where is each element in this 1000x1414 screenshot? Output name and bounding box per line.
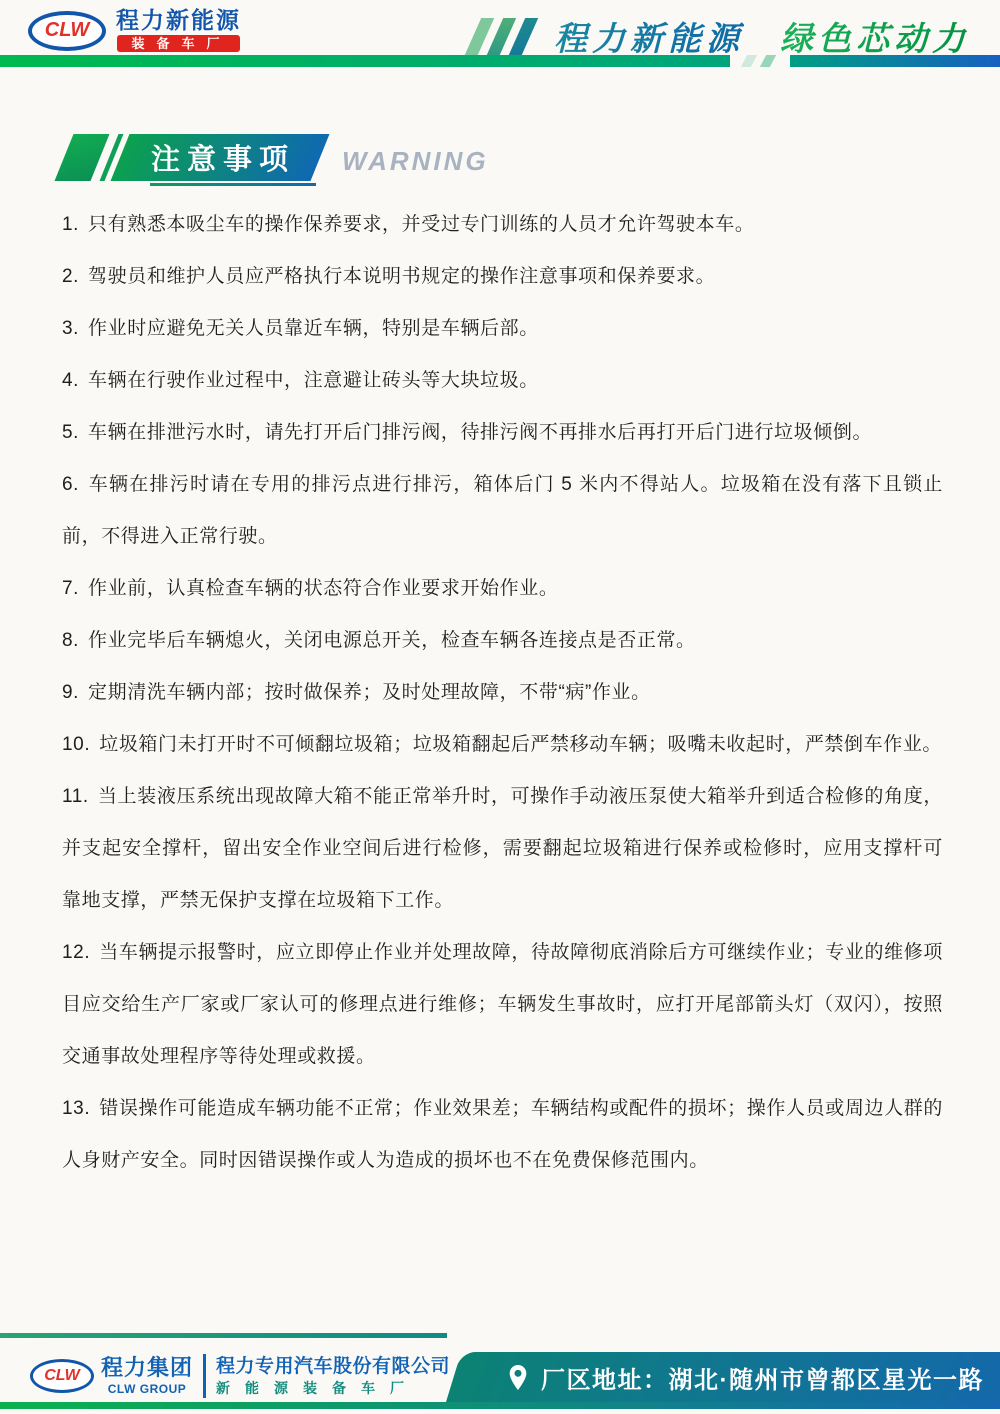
footer-company-name: 程力专用汽车股份有限公司 xyxy=(216,1357,450,1376)
notice-item: 4.车辆在行驶作业过程中，注意避让砖头等大块垃圾。 xyxy=(62,355,943,407)
notice-number: 11. xyxy=(62,786,89,807)
notice-item: 6.车辆在排污时请在专用的排污点进行排污，箱体后门 5 米内不得站人。垃圾箱在没… xyxy=(62,459,943,563)
slogan-brand: 程力新能源 xyxy=(554,13,744,60)
notice-item: 13.错误操作可能造成车辆功能不正常；作业效果差；车辆结构或配件的损坏；操作人员… xyxy=(62,1083,943,1187)
footer-address-content: 厂区地址：湖北·随州市曾都区星光一路 xyxy=(508,1352,984,1402)
notice-item: 11.当上装液压系统出现故障大箱不能正常举升时，可操作手动液压泵使大箱举升到适合… xyxy=(62,771,943,927)
warning-subtitle: WARNING xyxy=(342,146,489,177)
notice-text: 车辆在排污时请在专用的排污点进行排污，箱体后门 5 米内不得站人。垃圾箱在没有落… xyxy=(62,474,943,547)
footer-rule-bottom xyxy=(0,1402,1000,1409)
brand-badge: 装备车厂 xyxy=(117,35,239,52)
notice-number: 9. xyxy=(62,682,79,703)
footer-brand: CLW 程力集团 CLW GROUP 程力专用汽车股份有限公司 新能源装备车厂 xyxy=(30,1351,450,1401)
notice-number: 12. xyxy=(62,942,90,963)
warning-banner: 注意事项 WARNING xyxy=(62,134,762,181)
clw-footer-logo-text: CLW xyxy=(44,1367,80,1385)
notice-number: 8. xyxy=(62,630,79,651)
notice-number: 10. xyxy=(62,734,90,755)
notice-text: 车辆在排泄污水时，请先打开后门排污阀，待排污阀不再排水后再打开后门进行垃圾倾倒。 xyxy=(88,422,872,443)
notice-text: 当上装液压系统出现故障大箱不能正常举升时，可操作手动液压泵使大箱举升到适合检修的… xyxy=(62,786,943,911)
clw-logo: CLW xyxy=(28,11,106,51)
notice-number: 5. xyxy=(62,422,79,443)
notice-item: 5.车辆在排泄污水时，请先打开后门排污阀，待排污阀不再排水后再打开后门进行垃圾倾… xyxy=(62,407,943,459)
notice-item: 9.定期清洗车辆内部；按时做保养；及时处理故障，不带“病”作业。 xyxy=(62,667,943,719)
notice-item: 1.只有熟悉本吸尘车的操作保养要求，并受过专门训练的人员才允许驾驶本车。 xyxy=(62,199,943,251)
notice-item: 12.当车辆提示报警时，应立即停止作业并处理故障，待故障彻底消除后方可继续作业；… xyxy=(62,927,943,1083)
footer-divider xyxy=(203,1354,206,1398)
footer-rule-top xyxy=(0,1333,447,1338)
manual-page: CLW 程力新能源 装备车厂 程力新能源 绿色芯动力 注意事项 WARNING … xyxy=(0,0,1000,1414)
warning-title: 注意事项 xyxy=(144,137,295,178)
location-pin-icon xyxy=(508,1364,528,1391)
clw-footer-logo: CLW xyxy=(30,1359,94,1393)
notice-item: 7.作业前，认真检查车辆的状态符合作业要求开始作业。 xyxy=(62,563,943,615)
notice-text: 错误操作可能造成车辆功能不正常；作业效果差；车辆结构或配件的损坏；操作人员或周边… xyxy=(62,1098,943,1171)
notice-number: 1. xyxy=(62,214,79,235)
footer-address-banner: 厂区地址：湖北·随州市曾都区星光一路 xyxy=(430,1352,1000,1402)
notice-item: 10.垃圾箱门未打开时不可倾翻垃圾箱；垃圾箱翻起后严禁移动车辆；吸嘴未收起时，严… xyxy=(62,719,943,771)
notice-number: 7. xyxy=(62,578,79,599)
notice-text: 只有熟悉本吸尘车的操作保养要求，并受过专门训练的人员才允许驾驶本车。 xyxy=(88,214,754,235)
notice-text: 作业时应避免无关人员靠近车辆，特别是车辆后部。 xyxy=(88,318,539,339)
notice-item: 2.驾驶员和维护人员应严格执行本说明书规定的操作注意事项和保养要求。 xyxy=(62,251,943,303)
footer-group-name: 程力集团 xyxy=(101,1357,193,1379)
notice-number: 4. xyxy=(62,370,79,391)
notices-list: 1.只有熟悉本吸尘车的操作保养要求，并受过专门训练的人员才允许驾驶本车。 2.驾… xyxy=(62,199,943,1187)
header-slogan: 程力新能源 绿色芯动力 xyxy=(473,13,970,60)
header-rule-right xyxy=(790,55,1000,67)
notice-text: 作业前，认真检查车辆的状态符合作业要求开始作业。 xyxy=(88,578,558,599)
factory-address: 厂区地址：湖北·随州市曾都区星光一路 xyxy=(541,1360,984,1395)
footer-group-name-en: CLW GROUP xyxy=(108,1383,187,1395)
notice-text: 作业完毕后车辆熄火，关闭电源总开关，检查车辆各连接点是否正常。 xyxy=(88,630,696,651)
stripes-icon xyxy=(465,18,538,55)
slogan-tagline: 绿色芯动力 xyxy=(780,13,970,60)
brand-name-block: 程力新能源 装备车厂 xyxy=(116,9,241,52)
notice-text: 车辆在行驶作业过程中，注意避让砖头等大块垃圾。 xyxy=(88,370,539,391)
notice-number: 13. xyxy=(62,1098,90,1119)
brand-name: 程力新能源 xyxy=(116,9,241,32)
notice-number: 6. xyxy=(62,474,79,495)
notice-number: 3. xyxy=(62,318,79,339)
footer-company-block: 程力专用汽车股份有限公司 新能源装备车厂 xyxy=(216,1357,450,1395)
warning-underline xyxy=(150,183,316,186)
header-rule-left xyxy=(0,55,730,67)
notice-text: 驾驶员和维护人员应严格执行本说明书规定的操作注意事项和保养要求。 xyxy=(88,266,715,287)
notice-text: 定期清洗车辆内部；按时做保养；及时处理故障，不带“病”作业。 xyxy=(88,682,651,703)
footer-group-block: 程力集团 CLW GROUP xyxy=(101,1357,193,1395)
notice-number: 2. xyxy=(62,266,79,287)
warning-title-plate: 注意事项 xyxy=(111,134,330,181)
clw-logo-text: CLW xyxy=(45,19,89,42)
notice-item: 8.作业完毕后车辆熄火，关闭电源总开关，检查车辆各连接点是否正常。 xyxy=(62,615,943,667)
notice-text: 当车辆提示报警时，应立即停止作业并处理故障，待故障彻底消除后方可继续作业；专业的… xyxy=(62,942,943,1067)
notice-item: 3.作业时应避免无关人员靠近车辆，特别是车辆后部。 xyxy=(62,303,943,355)
notice-text: 垃圾箱门未打开时不可倾翻垃圾箱；垃圾箱翻起后严禁移动车辆；吸嘴未收起时，严禁倒车… xyxy=(99,734,942,755)
header-brand: CLW 程力新能源 装备车厂 xyxy=(28,9,241,52)
footer-company-sub: 新能源装备车厂 xyxy=(216,1381,450,1395)
